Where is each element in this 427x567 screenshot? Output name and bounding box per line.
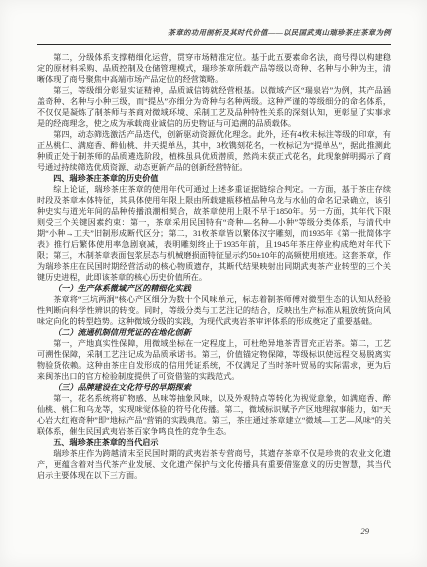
subsection-heading-production-system: （一）生产体系微域产区的精细化实践 [37,283,391,294]
paragraph-dating-evidence: 综上论证，瑞珍茶庄茶章的使用年代可通过上述多重证据链综合判定。一方面，基于茶庄存… [37,184,391,283]
header-rule [37,44,391,45]
subsection-heading-credit-voucher: （二）流通机制信用凭证的在地化创新 [37,327,391,338]
paragraph-dynamic-screening: 第四，动态筛选激活产品迭代，创新驱动资源优化理念。此外，还有4枚未标注等级的印章… [37,129,391,173]
paragraph-brand-building: 第一，花名系统将矿物感、丛味等抽象风味，以及外观特点等转化为视觉意象，如满庭香、… [37,393,391,437]
document-page: 茶章的功用剖析及其时代价值——以民国武夷山瑞珍茶庄茶章为例 第二，分级体系支撑精… [0,0,427,567]
running-header: 茶章的功用剖析及其时代价值——以民国武夷山瑞珍茶庄茶章为例 [37,28,391,38]
paragraph-grading-system: 第二，分级体系支撑精细化运营，贯穿市场精准定位。基于此五要素命名法，商号得以构建… [37,52,391,85]
paragraph-production-system: 茶章将“三坑两涧”核心产区细分为数十个风味单元，标志着制茶师傅对微型生态的认知从… [37,294,391,327]
paragraph-credit-voucher: 第一，产地真实性保障，用微域坐标在一定程度上，可杜绝异地茶青冒充正岩茶。第二，工… [37,338,391,382]
page-number: 29 [361,526,370,536]
paragraph-contemporary-insight: 瑞珍茶庄作为跨越清末至民国时期的武夷岩茶专营商号，其遗存茶章不仅是珍贵的农业文化… [37,448,391,481]
subsection-heading-brand-building: （三）品牌建设在文化符号的早期探索 [37,382,391,393]
paragraph-grade-subdivision: 第三，等级细分彰显实证精神，品质诚信铸就经营根基。以微域产区“瑞泉岩”为例，其产… [37,85,391,129]
article-body: 第二，分级体系支撑精细化运营，贯穿市场精准定位。基于此五要素命名法，商号得以构建… [37,52,391,481]
section-heading-historical-value: 四、瑞珍茶庄茶章的历史价值 [37,173,391,184]
section-heading-contemporary-insight: 五、瑞珍茶庄茶章的当代启示 [37,437,391,448]
